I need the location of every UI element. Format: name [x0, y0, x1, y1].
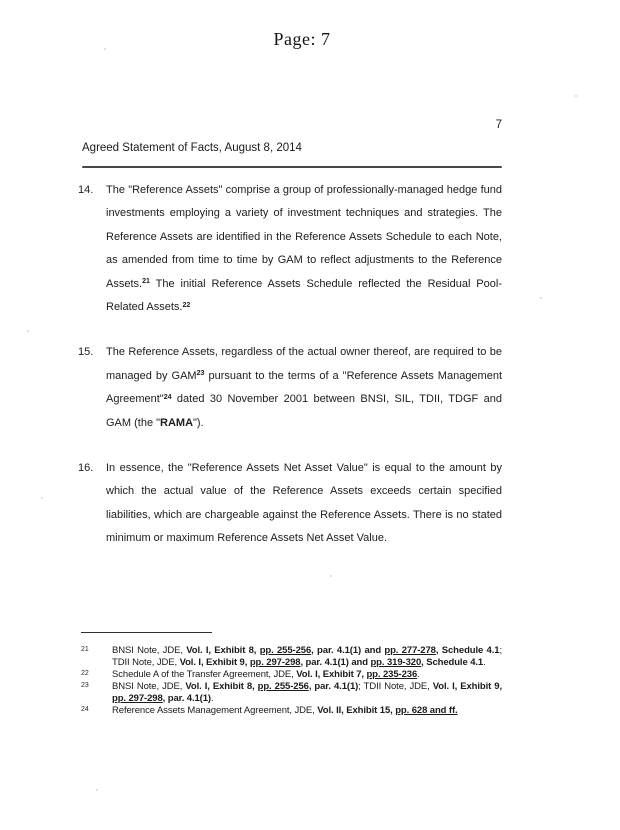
- footnote-21: 21 BNSI Note, JDE, Vol. I, Exhibit 8, pp…: [81, 645, 503, 669]
- footnote-number: 22: [81, 669, 112, 681]
- header-divider: [82, 166, 502, 168]
- footnote-text: BNSI Note, JDE, Vol. I, Exhibit 8, pp. 2…: [112, 645, 502, 669]
- footnotes-section: 21 BNSI Note, JDE, Vol. I, Exhibit 8, pp…: [81, 632, 503, 717]
- body-paragraph-14: 14. The "Reference Assets" comprise a gr…: [78, 179, 502, 319]
- document-title-header: Agreed Statement of Facts, August 8, 201…: [82, 142, 302, 154]
- print-header-page-label: Page: 7: [0, 29, 604, 50]
- footnote-text: Reference Assets Management Agreement, J…: [112, 705, 502, 717]
- footnote-divider: [81, 632, 212, 633]
- paragraph-number: 16.: [78, 457, 106, 551]
- paragraph-number: 15.: [78, 341, 106, 435]
- footnote-22: 22 Schedule A of the Transfer Agreement,…: [81, 669, 503, 681]
- scan-speck: [330, 575, 332, 577]
- footnote-text: Schedule A of the Transfer Agreement, JD…: [112, 669, 502, 681]
- paragraph-text: The "Reference Assets" comprise a group …: [106, 179, 502, 319]
- paragraph-text: In essence, the "Reference Assets Net As…: [106, 457, 502, 551]
- body-paragraph-15: 15. The Reference Assets, regardless of …: [78, 341, 502, 435]
- footnote-23: 23 BNSI Note, JDE, Vol. I, Exhibit 8, pp…: [81, 681, 503, 705]
- paragraph-text: The Reference Assets, regardless of the …: [106, 341, 502, 435]
- document-page: Page: 7 7 Agreed Statement of Facts, Aug…: [0, 0, 620, 830]
- scan-speck: [575, 95, 577, 97]
- scan-speck: [104, 48, 106, 50]
- document-body: 14. The "Reference Assets" comprise a gr…: [78, 179, 502, 573]
- footnote-number: 23: [81, 681, 112, 705]
- body-paragraph-16: 16. In essence, the "Reference Assets Ne…: [78, 457, 502, 551]
- footnote-text: BNSI Note, JDE, Vol. I, Exhibit 8, pp. 2…: [112, 681, 502, 705]
- footnote-number: 24: [81, 705, 112, 717]
- scan-speck: [540, 297, 542, 299]
- scan-speck: [96, 789, 98, 791]
- page-number: 7: [78, 119, 502, 131]
- paragraph-number: 14.: [78, 179, 106, 319]
- footnote-24: 24 Reference Assets Management Agreement…: [81, 705, 503, 717]
- footnote-number: 21: [81, 645, 112, 669]
- scan-speck: [41, 497, 43, 499]
- scan-speck: [27, 330, 29, 332]
